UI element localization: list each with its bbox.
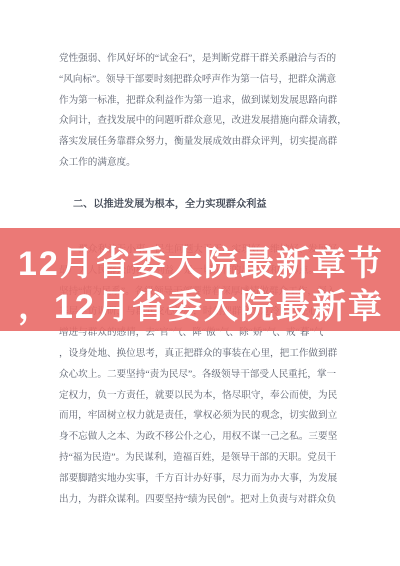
doc-line: 部要脚踏实地办实事，千方百计办好事，尽力而为办大事，为发展 [59, 469, 359, 490]
doc-line: 身不忘做人之本、为政不移公仆之心，用权不谋一己之私。三要坚 [59, 427, 359, 448]
doc-line: 众工作的满意度。 [59, 153, 359, 174]
doc-line: 持“福为民造”。为民谋利，造福百姓，是领导干部的天职。党员干 [59, 448, 359, 469]
doc-line: 众问计，查找发展中的问题听群众意见，改进发展措施向群众请教， [59, 111, 359, 132]
page-title-line-2: ，12月省委大院最新章 [18, 286, 400, 329]
title-overlay-banner: 12月省委大院最新章节 ，12月省委大院最新章 [0, 228, 400, 331]
doc-line: “风向标”。领导干部要时刻把群众呼声作为第一信号，把群众满意 [59, 70, 359, 91]
doc-line: 定权力，负一方责任，就要以民为本，恪尽职守，奉公而使，为民 [59, 386, 359, 407]
doc-line: 作为第一标准，把群众利益作为第一追求，做到谋划发展思路向群 [59, 91, 359, 112]
section-heading: 二、以推进发展为根本，全力实现群众利益 [73, 195, 267, 210]
document-paragraph-top: 党性强弱、作风好坏的“试金石”，是判断党群干群关系融洽与否的 “风向标”。领导干… [59, 49, 359, 174]
doc-line: 众心坎上。二要坚持“责为民尽”。各级领导干部受人民重托，掌一 [59, 365, 359, 386]
doc-line: 落实发展任务靠群众努力，衡量发展成效由群众评判，切实提高群 [59, 132, 359, 153]
doc-line: 而用，牢固树立权力就是责任，掌权必须为民的观念，切实做到立 [59, 406, 359, 427]
doc-line: ，设身处地、换位思考，真正把群众的事装在心里，把工作做到群 [59, 344, 359, 365]
doc-line: 出力，为群众谋利。四要坚持“绩为民创”。把对上负责与对群众负 [59, 490, 359, 511]
doc-line: 党性强弱、作风好坏的“试金石”，是判断党群干群关系融洽与否的 [59, 49, 359, 70]
page-title-line-1: 12月省委大院最新章节 [18, 243, 400, 286]
document-page: 党性强弱、作风好坏的“试金石”，是判断党群干群关系融洽与否的 “风向标”。领导干… [0, 0, 400, 566]
